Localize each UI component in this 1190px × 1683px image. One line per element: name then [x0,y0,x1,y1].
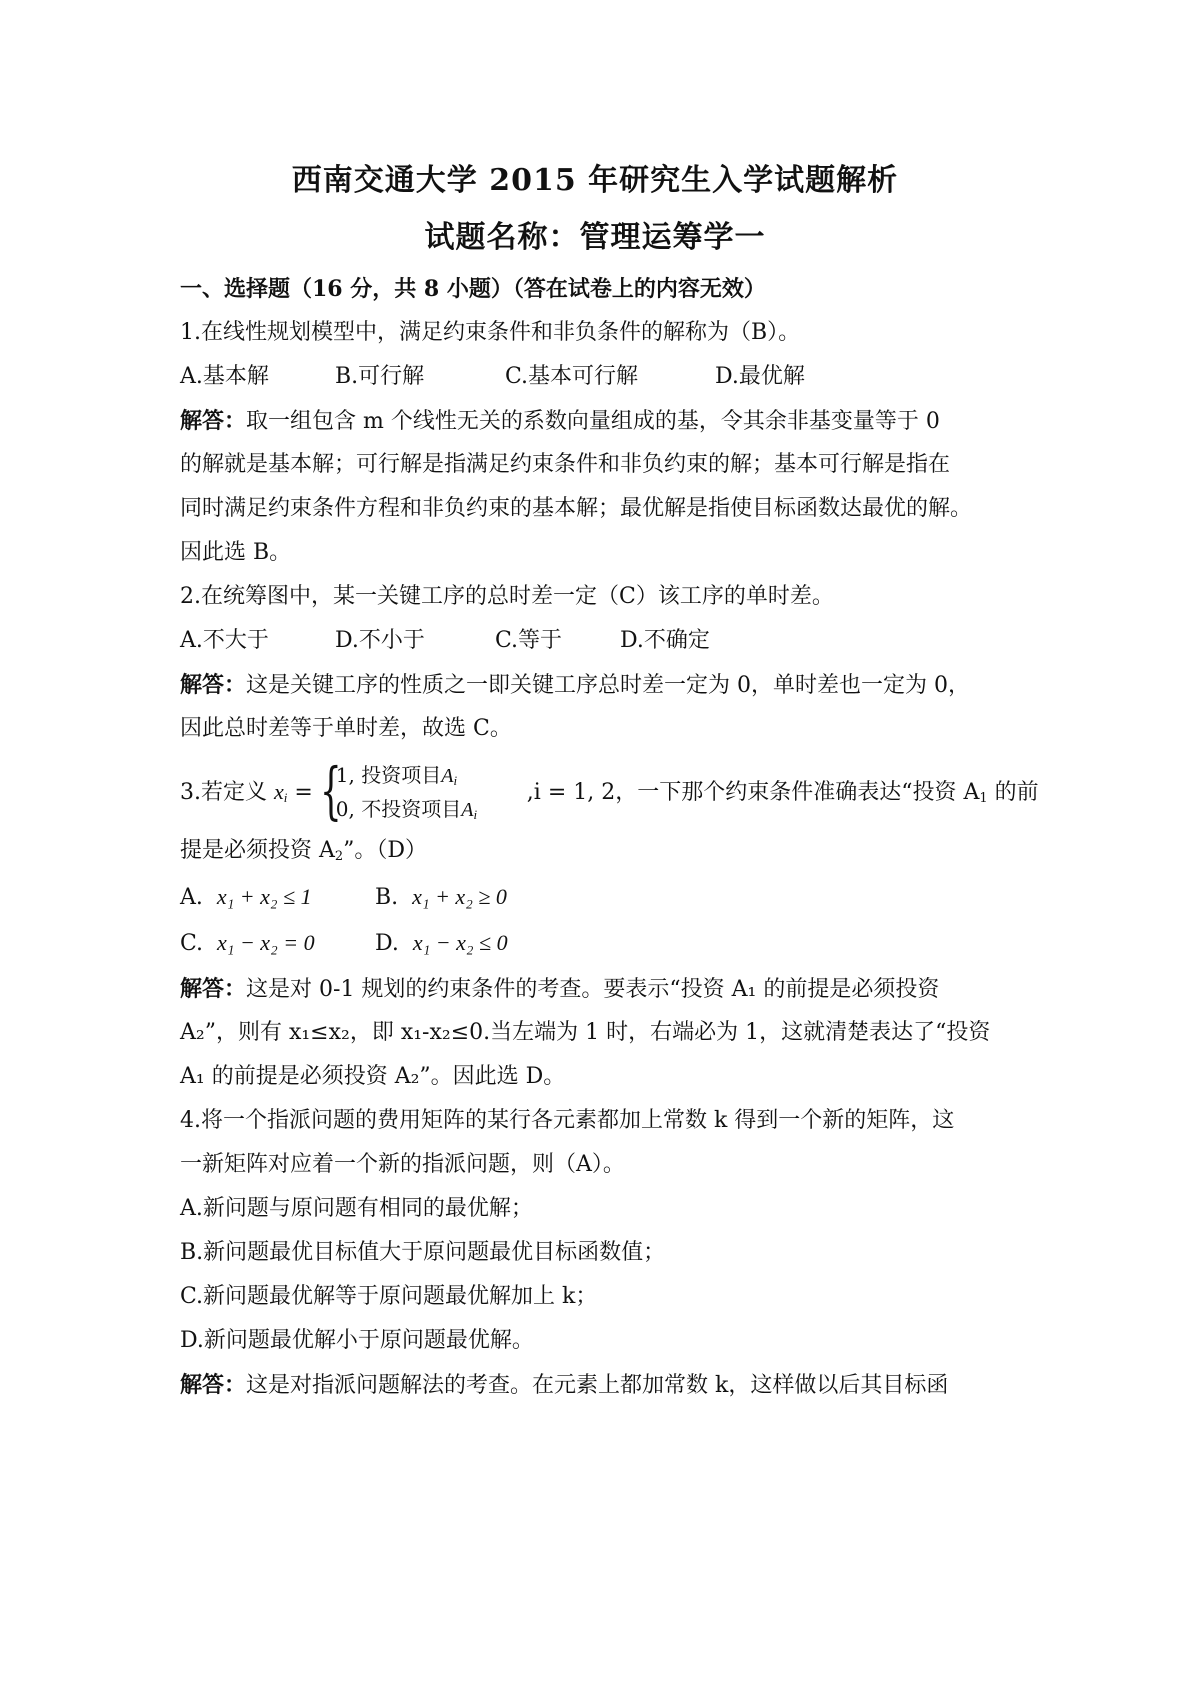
option-a: A.不大于 [180,626,335,656]
answer-label: 解答： [180,408,246,434]
question-2-answer-line-2: 因此总时差等于单时差，故选 C。 [180,714,1020,744]
question-2-stem: 2.在统筹图中，某一关键工序的总时差一定（C）该工序的单时差。 [180,582,1020,612]
answer-label: 解答： [180,976,246,1002]
question-4-stem-line-1: 4.将一个指派问题的费用矩阵的某行各元素都加上常数 k 得到一个新的矩阵，这 [180,1106,1020,1136]
question-1-answer-line-3: 同时满足约束条件方程和非负约束的基本解；最优解是指使目标函数达最优的解。 [180,494,1020,524]
option-d: D.不确定 [620,626,710,656]
option-b: D.不小于 [335,626,495,656]
question-1-stem: 1.在线性规划模型中，满足约束条件和非负条件的解称为（B）。 [180,318,1020,348]
option-a: A.基本解 [180,362,335,392]
piecewise-definition: { 1, 投资项目Ai 0, 不投资项目Ai [320,761,520,825]
option-c: C.基本可行解 [505,362,715,392]
question-3-stem-line-2: 提是必须投资 A2”。（D） [180,836,1020,872]
question-4-option-d: D.新问题最优解小于原问题最优解。 [180,1326,1020,1356]
question-2-options: A.不大于D.不小于C.等于D.不确定 [180,626,1020,656]
question-4-option-a: A.新问题与原问题有相同的最优解； [180,1194,1020,1224]
question-3-options-row-1: A. x₁ + x₂ ≤ 1B. x₁ + x₂ ≥ 0 [180,882,1020,913]
question-4-stem-line-2: 一新矩阵对应着一个新的指派问题，则（A）。 [180,1150,1020,1180]
option-c: C. x₁ − x₂ = 0 [180,928,375,959]
question-3-answer-line-2: A₂”，则有 x₁≤x₂，即 x₁-x₂≤0.当左端为 1 时，右端必为 1，这… [180,1018,1020,1048]
option-c: C.等于 [495,626,620,656]
option-b: B.可行解 [335,362,505,392]
option-d: D.最优解 [715,362,805,392]
question-1-answer-line-1: 解答：取一组包含 m 个线性无关的系数向量组成的基，令其余非基变量等于 0 [180,406,1020,437]
question-3-stem: 3.若定义 xi = { 1, 投资项目Ai 0, 不投资项目Ai ,i = 1… [180,760,1020,824]
section-heading: 一、选择题（16 分，共 8 小题）（答在试卷上的内容无效） [180,274,1020,304]
question-1-answer-line-4: 因此选 B。 [180,538,1020,568]
question-2-answer-line-1: 解答：这是关键工序的性质之一即关键工序总时差一定为 0，单时差也一定为 0， [180,670,1020,701]
answer-label: 解答： [180,672,246,698]
question-3-options-row-2: C. x₁ − x₂ = 0D. x₁ − x₂ ≤ 0 [180,928,1020,959]
question-3-answer-line-1: 解答：这是对 0-1 规划的约束条件的考查。要表示“投资 A₁ 的前提是必须投资 [180,974,1020,1005]
question-4-option-c: C.新问题最优解等于原问题最优解加上 k； [180,1282,1020,1312]
question-1-answer-line-2: 的解就是基本解；可行解是指满足约束条件和非负约束的解；基本可行解是指在 [180,450,1020,480]
question-4-option-b: B.新问题最优目标值大于原问题最优目标函数值； [180,1238,1020,1268]
answer-label: 解答： [180,1372,246,1398]
document-title: 西南交通大学 2015 年研究生入学试题解析 [0,155,1190,199]
document-subtitle: 试题名称：管理运筹学一 [0,212,1190,256]
option-d: D. x₁ − x₂ ≤ 0 [375,928,508,959]
question-3-answer-line-3: A₁ 的前提是必须投资 A₂”。因此选 D。 [180,1062,1020,1092]
question-4-answer-line-1: 解答：这是对指派问题解法的考查。在元素上都加常数 k，这样做以后其目标函 [180,1370,1020,1401]
question-1-options: A.基本解B.可行解C.基本可行解D.最优解 [180,362,1020,392]
option-a: A. x₁ + x₂ ≤ 1 [180,882,375,913]
option-b: B. x₁ + x₂ ≥ 0 [375,882,507,913]
